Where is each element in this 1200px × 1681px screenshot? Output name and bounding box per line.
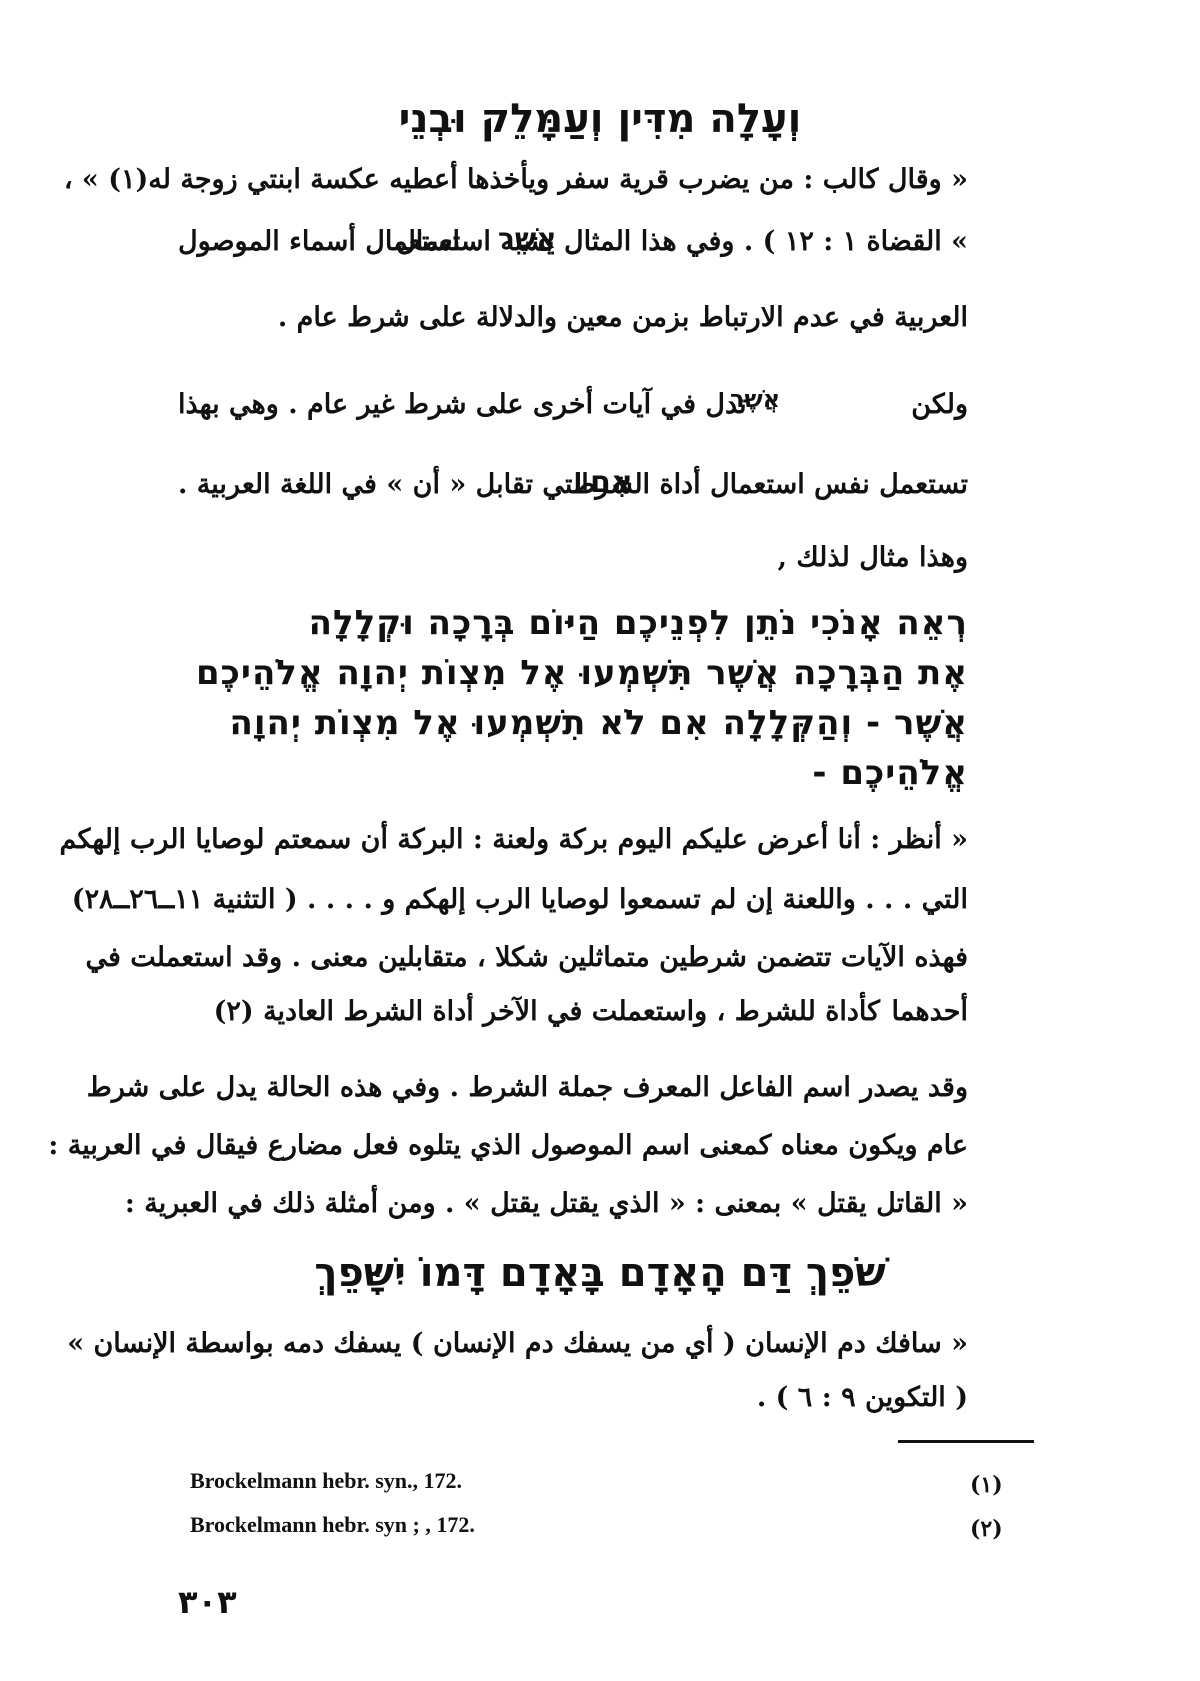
footnote-2-text: Brockelmann hebr. syn ; , 172. <box>190 1510 475 1540</box>
paragraph-4-line-3: « القاتل يقتل » بمعنى : « الذي يقتل يقتل… <box>125 1184 968 1224</box>
paragraph-1-line-3: العربية في عدم الارتباط بزمن معين والدلا… <box>278 298 968 338</box>
paragraph-3-line-2: التي . . . واللعنة إن لم تسمعوا لوصايا ا… <box>72 880 968 920</box>
paragraph-2-line-1-right: ولكن <box>911 385 968 425</box>
hebrew-verse-1-line-1: רְאֵה אָנֹכִי נֹתֵן לִפְנֵיכֶם הַיּוֹם ב… <box>309 596 968 650</box>
footnote-1-text: Brockelmann hebr. syn., 172. <box>190 1466 462 1496</box>
paragraph-1-line-2-right: » القضاة ١ : ١٢ ) . وفي هذا المثال يشبه … <box>396 222 968 262</box>
paragraph-4-line-1: وقد يصدر اسم الفاعل المعرف جملة الشرط . … <box>87 1068 968 1108</box>
paragraph-2-hebrew-word-im: אִם <box>590 465 633 500</box>
footnote-1-number: (١) <box>970 1470 1003 1500</box>
paragraph-1-line-2-left: استعمال أسماء الموصول <box>178 222 460 262</box>
hebrew-heading: וְעָלָה מִדִּין וְעַמָּלֵק וּבְנֵי <box>0 96 1200 142</box>
paragraph-4-line-2: عام ويكون معناه كمعنى اسم الموصول الذي ي… <box>48 1126 968 1166</box>
paragraph-3-line-4-right: أحدهما <box>892 992 968 1032</box>
hebrew-verse-1-line-2: אֶת הַבְּרָכָה אֲשֶׁר תִּשְׁמְעוּ אֶל מִ… <box>196 646 968 700</box>
footnote-divider <box>898 1440 1034 1443</box>
paragraph-2-line-3: وهذا مثال لذلك , <box>778 538 968 578</box>
hebrew-verse-1-line-4: אֱלֹהֵיכֶם - <box>812 746 968 800</box>
paragraph-5-line-2: ( التكوين ٩ : ٦ ) . <box>757 1378 968 1418</box>
paragraph-2-line-2-left: التي تقابل « أن » في اللغة العربية . <box>178 465 589 505</box>
document-page: וְעָלָה מִדִּין וְעַמָּלֵק וּבְנֵי « وقا… <box>0 0 1200 1681</box>
hebrew-verse-2: שֹׁפֵךְ דַּם הָאָדָם בָּאָדָם דָּמוֹ יִש… <box>0 1250 1200 1296</box>
paragraph-2-line-1-left: تدل في آيات أخرى على شرط غير عام . وهي ب… <box>178 385 747 425</box>
paragraph-1-line-1: « وقال كالب : من يضرب قرية سفر ويأخذها أ… <box>64 160 968 200</box>
hebrew-verse-1-line-3: אֲשֶׁר - וְהַקְּלָלָה אִם לֹא תִשְׁמְעוּ… <box>230 696 968 750</box>
paragraph-5-line-1: « سافك دم الإنسان ( أي من يسفك دم الإنسا… <box>67 1324 968 1364</box>
paragraph-3-line-1: « أنظر : أنا أعرض عليكم اليوم بركة ولعنة… <box>59 820 968 860</box>
paragraph-1-hebrew-word: אֲשֶׁר <box>498 222 556 255</box>
footnote-2-number: (٢) <box>970 1514 1003 1544</box>
page-number: ٣٠٣ <box>178 1583 237 1621</box>
paragraph-3-line-3: فهذه الآيات تتضمن شرطين متماثلين شكلا ، … <box>85 938 968 978</box>
paragraph-3-line-4-left: كأداة للشرط ، واستعملت في الآخر أداة الش… <box>214 992 880 1032</box>
